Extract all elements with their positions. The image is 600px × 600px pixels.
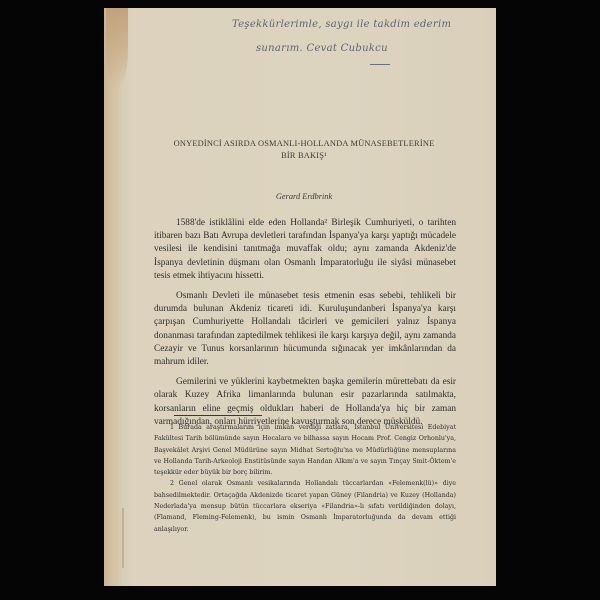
footnote-separator <box>174 415 262 416</box>
handwritten-underline <box>370 64 390 65</box>
article-body: 1588'de istiklâlini elde eden Hollanda² … <box>154 217 456 436</box>
body-paragraph: 1588'de istiklâlini elde eden Hollanda² … <box>154 217 456 283</box>
footnote: 2 Genel olarak Osmanlı vesikalarında Hol… <box>154 478 456 534</box>
document-page: Teşekkürlerimle, saygı ile takdim ederim… <box>104 8 496 586</box>
article-author: Gerard Erdbrink <box>144 192 464 201</box>
handwritten-dedication-line-1: Teşekkürlerimle, saygı ile takdim ederim <box>232 19 451 30</box>
footnote: 1 Burada araştırmalarım için imkân verdi… <box>154 422 456 478</box>
handwritten-dedication-line-2: sunarım. Cevat Cubukcu <box>256 43 388 54</box>
page-stain <box>106 8 128 88</box>
article-title-line-1: ONYEDİNCİ ASIRDA OSMANLI-HOLLANDA MÜNASE… <box>144 138 464 150</box>
page-fold-mark <box>122 508 124 568</box>
article-title: ONYEDİNCİ ASIRDA OSMANLI-HOLLANDA MÜNASE… <box>144 138 464 162</box>
article-title-line-2: BİR BAKIŞ¹ <box>144 150 464 162</box>
footnotes: 1 Burada araştırmalarım için imkân verdi… <box>154 422 456 535</box>
page-binding-edge <box>104 8 122 586</box>
body-paragraph: Osmanlı Devleti ile münasebet tesis etme… <box>154 290 456 369</box>
